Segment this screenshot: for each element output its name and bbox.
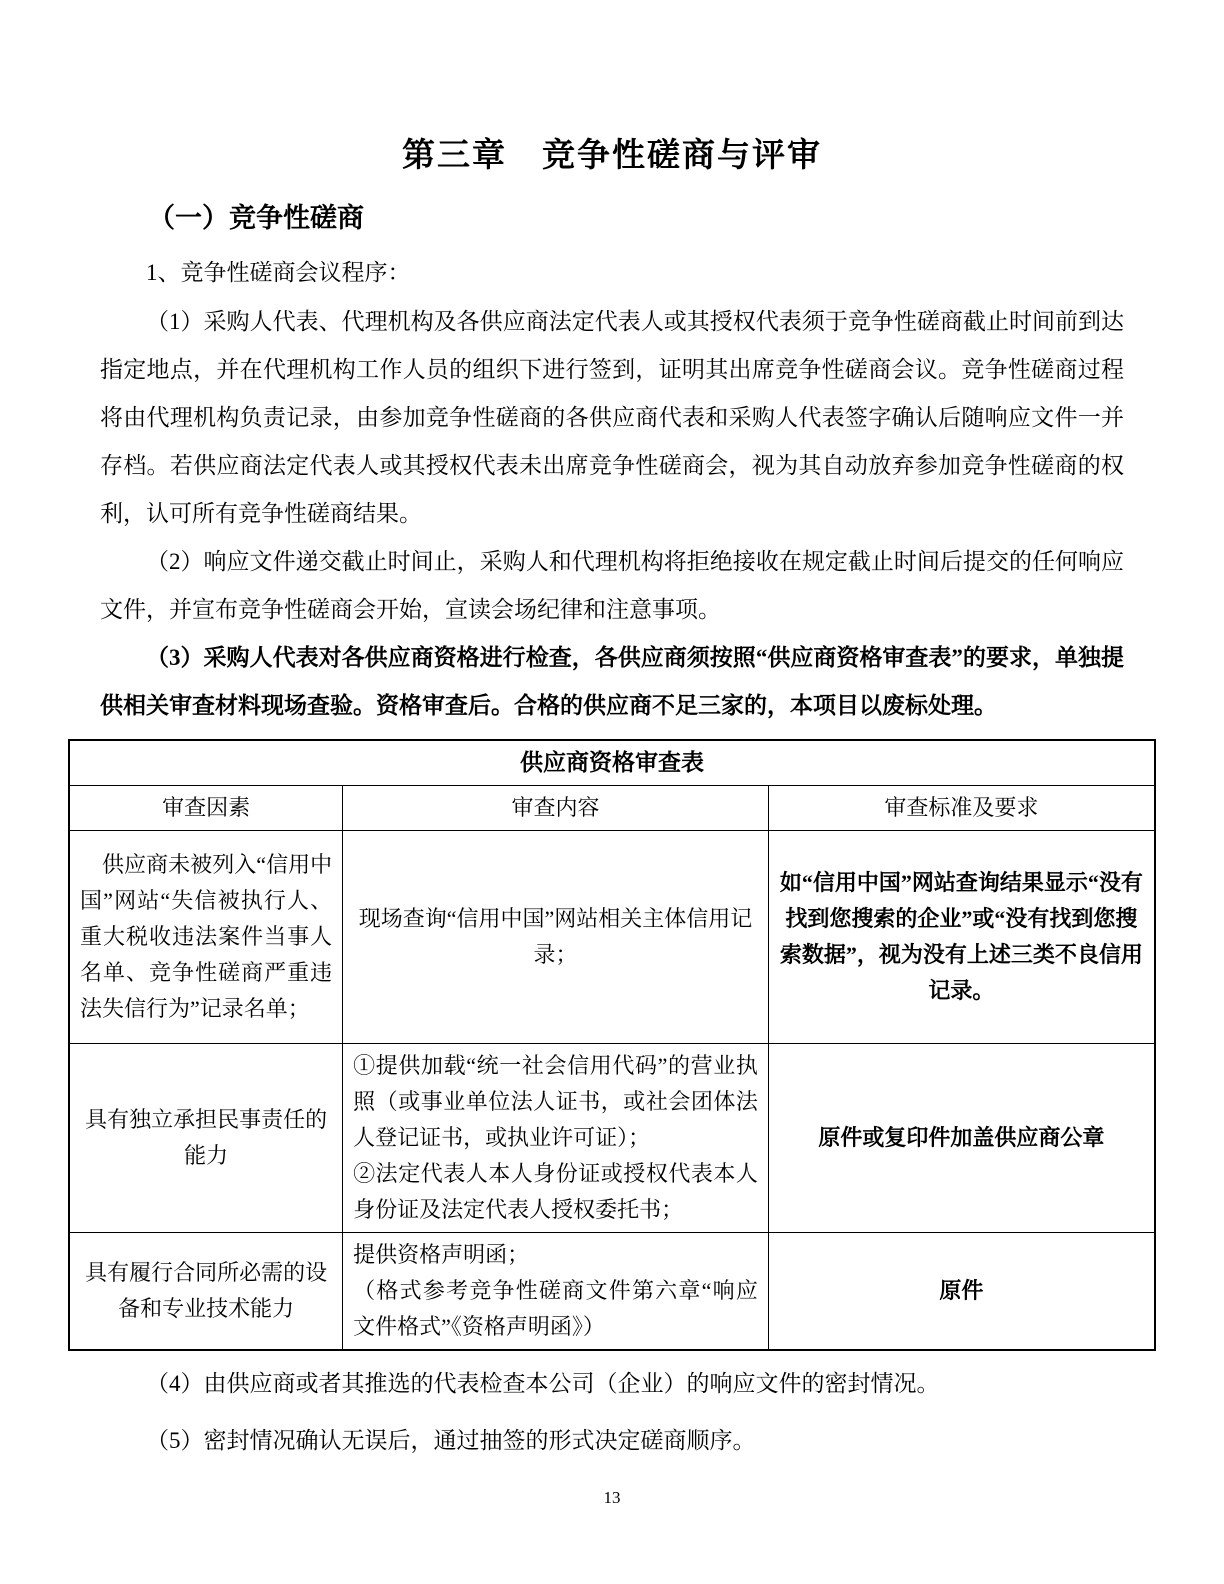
- col-header-content: 审查内容: [343, 786, 769, 831]
- row3-standard-cell: 原件: [768, 1233, 1155, 1351]
- row2-standard-cell: 原件或复印件加盖供应商公章: [768, 1044, 1155, 1233]
- table-title: 供应商资格审查表: [69, 740, 1155, 786]
- paragraph-2: （2）响应文件递交截止时间止，采购人和代理机构将拒绝接收在规定截止时间后提交的任…: [100, 538, 1124, 634]
- row1-standard-cell: 如“信用中国”网站查询结果显示“没有找到您搜索的企业”或“没有找到您搜索数据”，…: [768, 831, 1155, 1044]
- paragraph-4: （4）由供应商或者其推选的代表检查本公司（企业）的响应文件的密封情况。: [100, 1360, 1124, 1408]
- chapter-title: 第三章 竞争性磋商与评审: [68, 134, 1156, 178]
- row1-factor-cell: 供应商未被列入“信用中国”网站“失信被执行人、重大税收违法案件当事人名单、竞争性…: [69, 831, 343, 1044]
- table-header-row: 审查因素 审查内容 审查标准及要求: [69, 786, 1155, 831]
- section-heading: （一）竞争性磋商: [148, 198, 1156, 238]
- table-row: 供应商未被列入“信用中国”网站“失信被执行人、重大税收违法案件当事人名单、竞争性…: [69, 831, 1155, 1044]
- col-header-factor: 审查因素: [69, 786, 343, 831]
- table-title-row: 供应商资格审查表: [69, 740, 1155, 786]
- col-header-standard: 审查标准及要求: [768, 786, 1155, 831]
- supplier-qualification-table: 供应商资格审查表 审查因素 审查内容 审查标准及要求 供应商未被列入“信用中国”…: [68, 739, 1156, 1351]
- row2-content-cell: ①提供加载“统一社会信用代码”的营业执照（或事业单位法人证书，或社会团体法人登记…: [343, 1044, 769, 1233]
- paragraph-1: （1）采购人代表、代理机构及各供应商法定代表人或其授权代表须于竞争性磋商截止时间…: [100, 298, 1124, 538]
- row2-factor-cell: 具有独立承担民事责任的能力: [69, 1044, 343, 1233]
- row1-content-cell: 现场查询“信用中国”网站相关主体信用记录；: [343, 831, 769, 1044]
- page-number: 13: [0, 1488, 1224, 1508]
- paragraph-5: （5）密封情况确认无误后，通过抽签的形式决定磋商顺序。: [100, 1417, 1124, 1465]
- list-intro: 1、竞争性磋商会议程序：: [100, 248, 1124, 298]
- paragraph-3: （3）采购人代表对各供应商资格进行检查，各供应商须按照“供应商资格审查表”的要求…: [100, 634, 1124, 730]
- table-row: 具有履行合同所必需的设备和专业技术能力 提供资格声明函； （格式参考竞争性磋商文…: [69, 1233, 1155, 1351]
- document-page: 第三章 竞争性磋商与评审 （一）竞争性磋商 1、竞争性磋商会议程序： （1）采购…: [0, 0, 1224, 1584]
- row3-factor-cell: 具有履行合同所必需的设备和专业技术能力: [69, 1233, 343, 1351]
- row3-content-cell: 提供资格声明函； （格式参考竞争性磋商文件第六章“响应文件格式”《资格声明函》）: [343, 1233, 769, 1351]
- table-row: 具有独立承担民事责任的能力 ①提供加载“统一社会信用代码”的营业执照（或事业单位…: [69, 1044, 1155, 1233]
